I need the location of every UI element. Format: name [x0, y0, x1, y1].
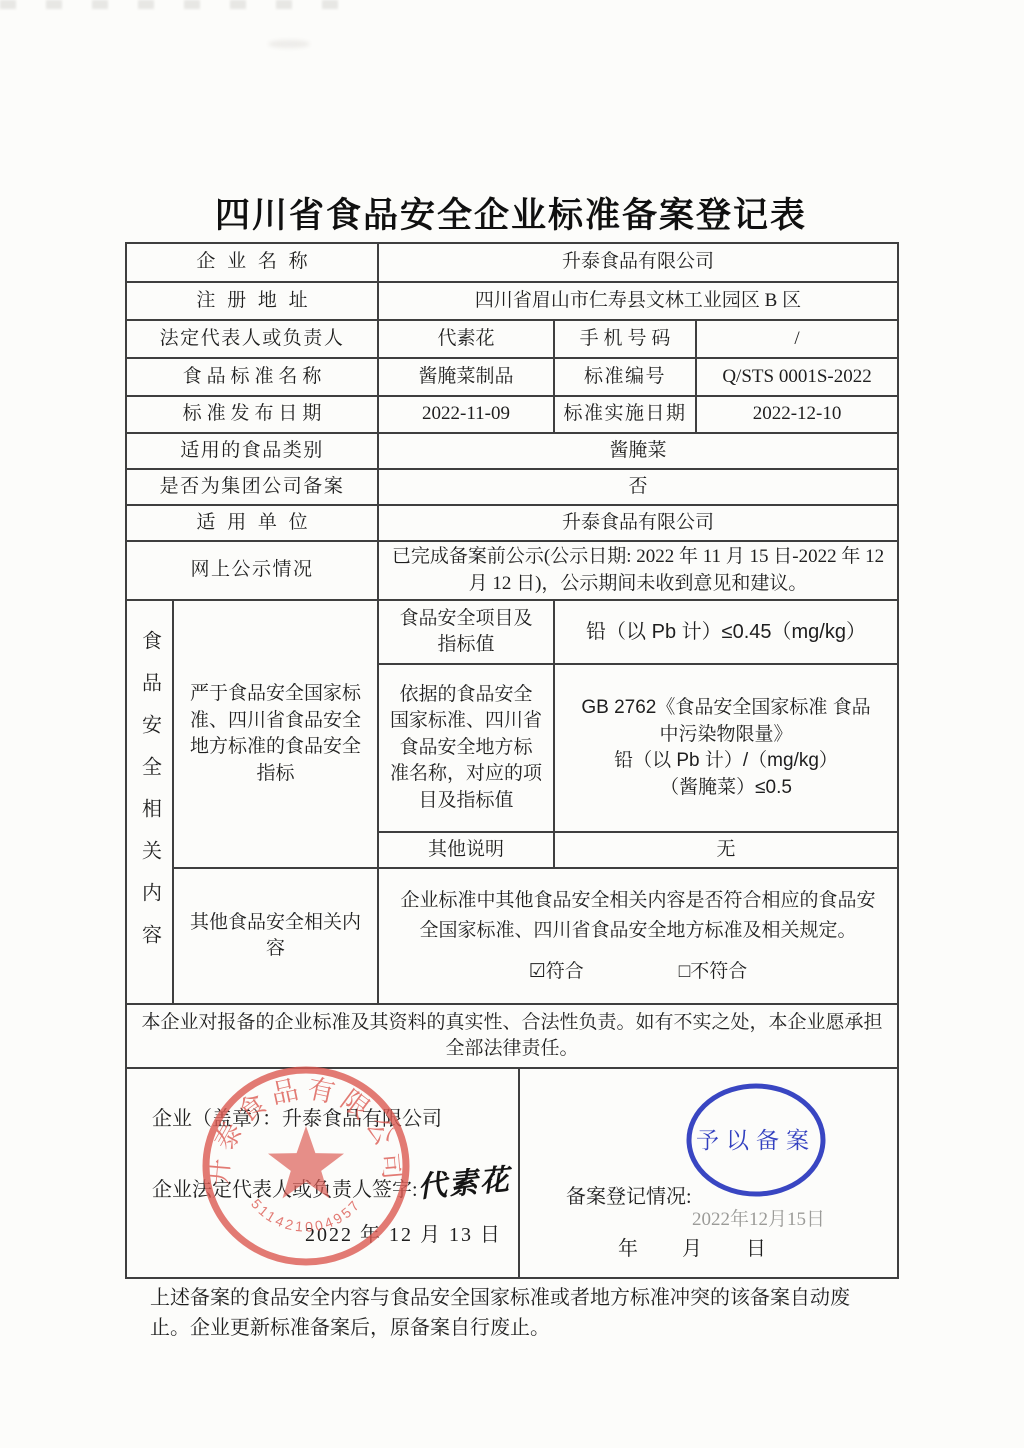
scan-smudge [268, 40, 310, 48]
company-name-label: 企业名称 [126, 243, 378, 282]
row-public-notice: 网上公示情况 已完成备案前公示(公示日期: 2022 年 11 月 15 日-2… [126, 541, 898, 600]
compliance-checkboxes: ☑符合 □不符合 [393, 959, 883, 986]
month-label: 月 [682, 1235, 702, 1263]
safety-section-side-label: 食品安全相关内容 [126, 600, 173, 1004]
row-safety-item: 食品安全相关内容 严于食品安全国家标准、四川省食品安全地方标准的食品安全指标 食… [126, 600, 898, 664]
standard-name-label: 食品标准名称 [126, 358, 378, 396]
scan-smudge [0, 0, 345, 9]
company-signing-cell: 企业（盖章）：升泰食品有限公司 企业法定代表人或负责人签字:代素花 2022 年… [126, 1068, 519, 1278]
row-dates: 标准发布日期 2022-11-09 标准实施日期 2022-12-10 [126, 396, 898, 433]
applicable-unit-label: 适用单位 [126, 505, 378, 541]
registration-status-label: 备案登记情况: [566, 1183, 692, 1211]
row-address: 注册地址 四川省眉山市仁寿县文林工业园区 B 区 [126, 282, 898, 320]
legal-rep-value: 代素花 [378, 320, 554, 358]
registration-form-table: 企业名称 升泰食品有限公司 注册地址 四川省眉山市仁寿县文林工业园区 B 区 法… [125, 242, 899, 1279]
applicable-unit-value: 升泰食品有限公司 [378, 505, 898, 541]
checkbox-noncompliant: □不符合 [679, 959, 747, 986]
year-label: 年 [618, 1235, 638, 1263]
row-food-category: 适用的食品类别 酱腌菜 [126, 433, 898, 469]
other-content-text: 企业标准中其他食品安全相关内容是否符合相应的食品安全国家标准、四川省食品安全地方… [393, 886, 883, 945]
row-applicable-unit: 适用单位 升泰食品有限公司 [126, 505, 898, 541]
day-label: 日 [746, 1235, 766, 1263]
row-group-filing: 是否为集团公司备案 否 [126, 469, 898, 505]
mobile-label: 手机号码 [554, 320, 696, 358]
public-notice-value: 已完成备案前公示(公示日期: 2022 年 11 月 15 日-2022 年 1… [378, 541, 898, 600]
registration-date: 2022年12月15日 [692, 1207, 825, 1234]
public-notice-label: 网上公示情况 [126, 541, 378, 600]
registration-cell: 备案登记情况: 2022年12月15日 年 月 日 [519, 1068, 898, 1278]
impl-date-value: 2022-12-10 [696, 396, 898, 433]
address-label: 注册地址 [126, 282, 378, 320]
impl-date-label: 标准实施日期 [554, 396, 696, 433]
publish-date-value: 2022-11-09 [378, 396, 554, 433]
company-sign-date: 2022 年 12 月 13 日 [305, 1221, 502, 1249]
row-standard-name: 食品标准名称 酱腌菜制品 标准编号 Q/STS 0001S-2022 [126, 358, 898, 396]
mobile-value: / [696, 320, 898, 358]
food-category-value: 酱腌菜 [378, 433, 898, 469]
group-filing-value: 否 [378, 469, 898, 505]
address-value: 四川省眉山市仁寿县文林工业园区 B 区 [378, 282, 898, 320]
safety-basis-label: 依据的食品安全 国家标准、四川省 食品安全地方标 准名称，对应的项 目及指标值 [378, 664, 554, 832]
company-name-value: 升泰食品有限公司 [378, 243, 898, 282]
scanned-page: 四川省食品安全企业标准备案登记表 企业名称 升泰食品有限公司 注册地址 四川省眉… [0, 0, 1024, 1448]
row-other-content: 其他食品安全相关内容 企业标准中其他食品安全相关内容是否符合相应的食品安全国家标… [126, 868, 898, 1004]
page-title: 四川省食品安全企业标准备案登记表 [125, 188, 897, 238]
footnote-text: 上述备案的食品安全内容与食品安全国家标准或者地方标准冲突的该备案自动废止。企业更… [150, 1283, 866, 1343]
other-content-label: 其他食品安全相关内容 [173, 868, 378, 1004]
other-note-value: 无 [554, 832, 898, 868]
standard-no-value: Q/STS 0001S-2022 [696, 358, 898, 396]
year-month-day-blanks: 年 月 日 [618, 1235, 766, 1263]
group-filing-label: 是否为集团公司备案 [126, 469, 378, 505]
other-note-label: 其他说明 [378, 832, 554, 868]
row-signing: 企业（盖章）：升泰食品有限公司 企业法定代表人或负责人签字:代素花 2022 年… [126, 1068, 898, 1278]
safety-basis-value: GB 2762《食品安全国家标准 食品 中污染物限量》 铅（以 Pb 计）/（m… [554, 664, 898, 832]
standard-name-value: 酱腌菜制品 [378, 358, 554, 396]
publish-date-label: 标准发布日期 [126, 396, 378, 433]
safety-item-label: 食品安全项目及 指标值 [378, 600, 554, 664]
safety-item-value: 铅（以 Pb 计）≤0.45（mg/kg） [554, 600, 898, 664]
legal-rep-label: 法定代表人或负责人 [126, 320, 378, 358]
checkbox-compliant: ☑符合 [529, 959, 584, 986]
other-content-cell: 企业标准中其他食品安全相关内容是否符合相应的食品安全国家标准、四川省食品安全地方… [378, 868, 898, 1004]
row-legal-rep: 法定代表人或负责人 代素花 手机号码 / [126, 320, 898, 358]
food-category-label: 适用的食品类别 [126, 433, 378, 469]
row-declaration: 本企业对报备的企业标准及其资料的真实性、合法性负责。如有不实之处，本企业愿承担全… [126, 1004, 898, 1068]
handwritten-signature: 代素花 [416, 1160, 512, 1209]
company-seal-line: 企业（盖章）：升泰食品有限公司 [152, 1105, 442, 1133]
signature-line: 企业法定代表人或负责人签字:代素花 [152, 1167, 511, 1208]
declaration-text: 本企业对报备的企业标准及其资料的真实性、合法性负责。如有不实之处，本企业愿承担全… [126, 1004, 898, 1068]
standard-no-label: 标准编号 [554, 358, 696, 396]
stricter-indicator-label: 严于食品安全国家标准、四川省食品安全地方标准的食品安全指标 [173, 600, 378, 868]
row-company-name: 企业名称 升泰食品有限公司 [126, 243, 898, 282]
